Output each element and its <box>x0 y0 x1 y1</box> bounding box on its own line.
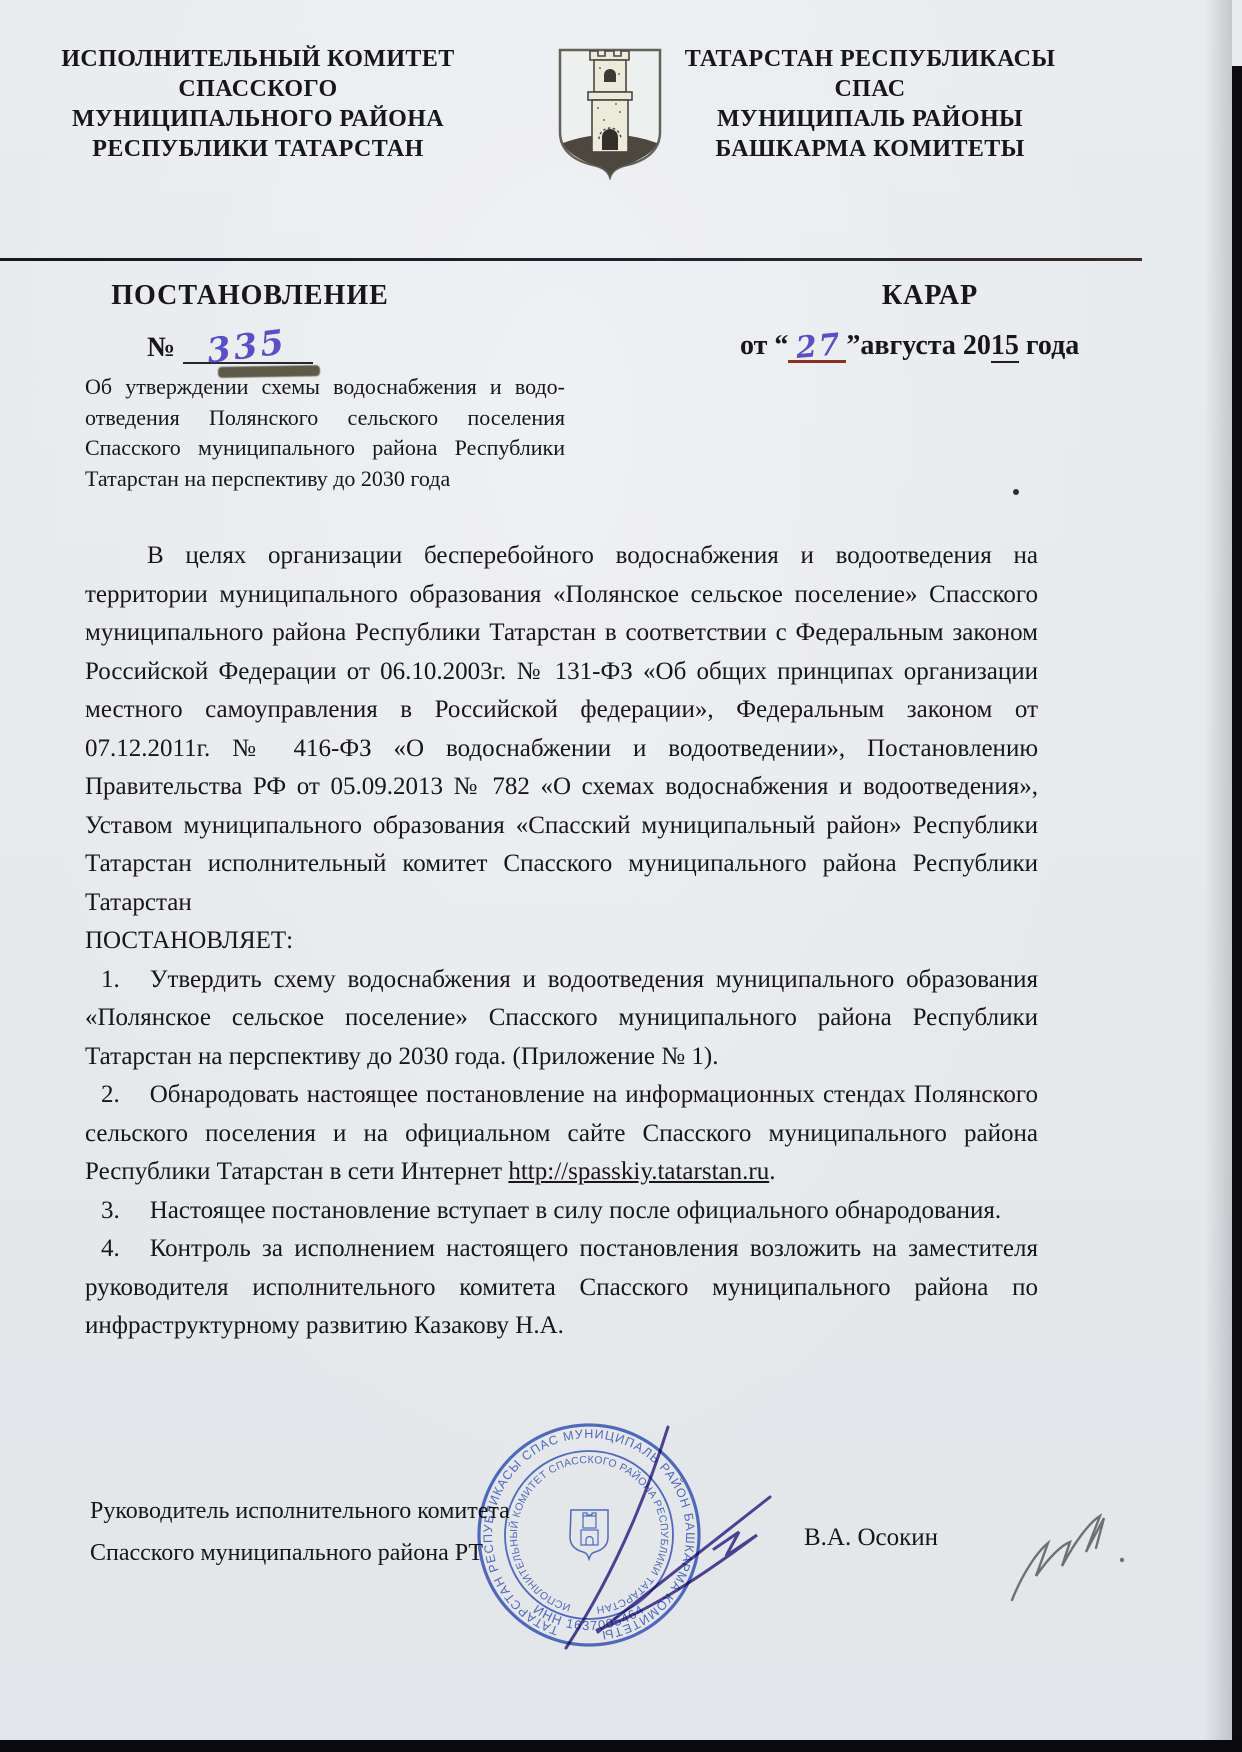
svg-text:ИСПОЛНИТЕЛЬНЫЙ КОМИТЕТ СПАССКО: ИСПОЛНИТЕЛЬНЫЙ КОМИТЕТ СПАССКОГО РАЙОНА … <box>507 1454 670 1616</box>
number-sign: № <box>147 332 175 363</box>
org-line: СПАССКОГО <box>48 74 468 104</box>
doc-type-ru: ПОСТАНОВЛЕНИЕ <box>85 280 415 312</box>
stamp-inner-ring-text: ИСПОЛНИТЕЛЬНЫЙ КОМИТЕТ СПАССКОГО РАЙОНА … <box>507 1454 670 1616</box>
subject-line: Спасского муниципального района Республи… <box>85 433 565 464</box>
signatory-position-line: Руководитель исполнительного комитета <box>90 1490 510 1532</box>
item-text: Утвердить схему водоснабжения и водоотве… <box>85 966 1038 1070</box>
item-text: . <box>769 1158 775 1185</box>
decree-item-1: 1.Утвердить схему водоснабжения и водоот… <box>85 961 1038 1077</box>
item-number: 1. <box>101 966 120 993</box>
scanned-decree-page: ИСПОЛНИТЕЛЬНЫЙ КОМИТЕТ СПАССКОГО МУНИЦИП… <box>0 0 1242 1752</box>
item-number: 3. <box>101 1197 120 1224</box>
org-line: ИСПОЛНИТЕЛЬНЫЙ КОМИТЕТ <box>48 44 468 74</box>
signatory-position-line: Спасского муниципального района РТ <box>90 1532 510 1574</box>
item-text: Контроль за исполнением настоящего поста… <box>85 1235 1038 1339</box>
website-link[interactable]: http://spasskiy.tatarstan.ru <box>508 1158 769 1185</box>
svg-text:ТАТАРСТАН РЕСПУБЛИКАСЫ СПАС МУ: ТАТАРСТАН РЕСПУБЛИКАСЫ СПАС МУНИЦИПАЛЬ Р… <box>481 1427 697 1642</box>
signatory-name: В.А. Осокин <box>804 1524 938 1552</box>
org-line: ТАТАРСТАН РЕСПУБЛИКАСЫ <box>660 44 1080 74</box>
decree-item-2: 2.Обнародовать настоящее постановление н… <box>85 1076 1038 1192</box>
date-day-blank: 27 <box>788 328 846 363</box>
svg-text:ИНН 1637005464: ИНН 1637005464 <box>531 1601 648 1633</box>
doc-title-block-tat: КАРАР от “27”августа 2015 года <box>700 280 1160 363</box>
item-number: 2. <box>101 1081 120 1108</box>
doc-date-line: от “27”августа 2015 года <box>700 328 1160 363</box>
subject-line: Об утверждении схемы водоснабжения и вод… <box>85 372 565 403</box>
handwritten-initials <box>1012 1516 1124 1600</box>
resolves-heading: ПОСТАНОВЛЯЕТ: <box>85 922 1038 961</box>
handwritten-signature <box>566 1427 770 1648</box>
scan-edge-shadow <box>1204 0 1232 1752</box>
org-line: СПАС <box>660 74 1080 104</box>
decree-subject: Об утверждении схемы водоснабжения и вод… <box>85 372 565 494</box>
date-prefix: от “ <box>740 330 788 361</box>
scan-edge-bottom <box>0 1740 1242 1752</box>
issuing-org-russian: ИСПОЛНИТЕЛЬНЫЙ КОМИТЕТ СПАССКОГО МУНИЦИП… <box>48 44 468 164</box>
item-text: Настоящее постановление вступает в силу … <box>150 1197 1001 1224</box>
issuing-org-tatar: ТАТАРСТАН РЕСПУБЛИКАСЫ СПАС МУНИЦИПАЛЬ Р… <box>660 44 1080 164</box>
coat-of-arms-icon <box>556 46 664 180</box>
handwritten-number: 335 <box>205 322 289 371</box>
date-year-end: 15 <box>991 330 1019 363</box>
decree-body: В целях организации бесперебойного водос… <box>85 537 1038 1346</box>
org-line: МУНИЦИПАЛЬ РАЙОНЫ <box>660 104 1080 134</box>
date-suffix: года <box>1019 330 1079 361</box>
preamble-paragraph: В целях организации бесперебойного водос… <box>85 537 1038 922</box>
number-blank-line: 335 <box>183 328 313 364</box>
stamp-outer-ring-text: ТАТАРСТАН РЕСПУБЛИКАСЫ СПАС МУНИЦИПАЛЬ Р… <box>481 1427 697 1642</box>
org-line: БАШКАРМА КОМИТЕТЫ <box>660 134 1080 164</box>
scan-edge-right <box>1232 66 1242 1752</box>
org-line: РЕСПУБЛИКИ ТАТАРСТАН <box>48 134 468 164</box>
subject-line: Татарстан на перспективу до 2030 года <box>85 464 565 495</box>
decree-item-3: 3.Настоящее постановление вступает в сил… <box>85 1192 1038 1231</box>
signatory-position: Руководитель исполнительного комитета Сп… <box>90 1490 510 1574</box>
decree-item-4: 4.Контроль за исполнением настоящего пос… <box>85 1230 1038 1346</box>
date-mid: ”августа 20 <box>846 330 991 361</box>
doc-number-line: №335 <box>85 328 415 364</box>
stamp-center-emblem <box>570 1510 608 1559</box>
subject-line: отведения Полянского сельского поселения <box>85 403 565 434</box>
handwritten-day: 27 <box>795 327 844 366</box>
ink-dot <box>1013 489 1019 495</box>
stamp-inn-text: ИНН 1637005464 <box>531 1601 648 1633</box>
doc-type-tat: КАРАР <box>700 280 1160 312</box>
doc-title-block-ru: ПОСТАНОВЛЕНИЕ №335 <box>85 280 415 364</box>
org-line: МУНИЦИПАЛЬНОГО РАЙОНА <box>48 104 468 134</box>
item-number: 4. <box>101 1235 120 1262</box>
header-divider-line <box>0 258 1142 261</box>
